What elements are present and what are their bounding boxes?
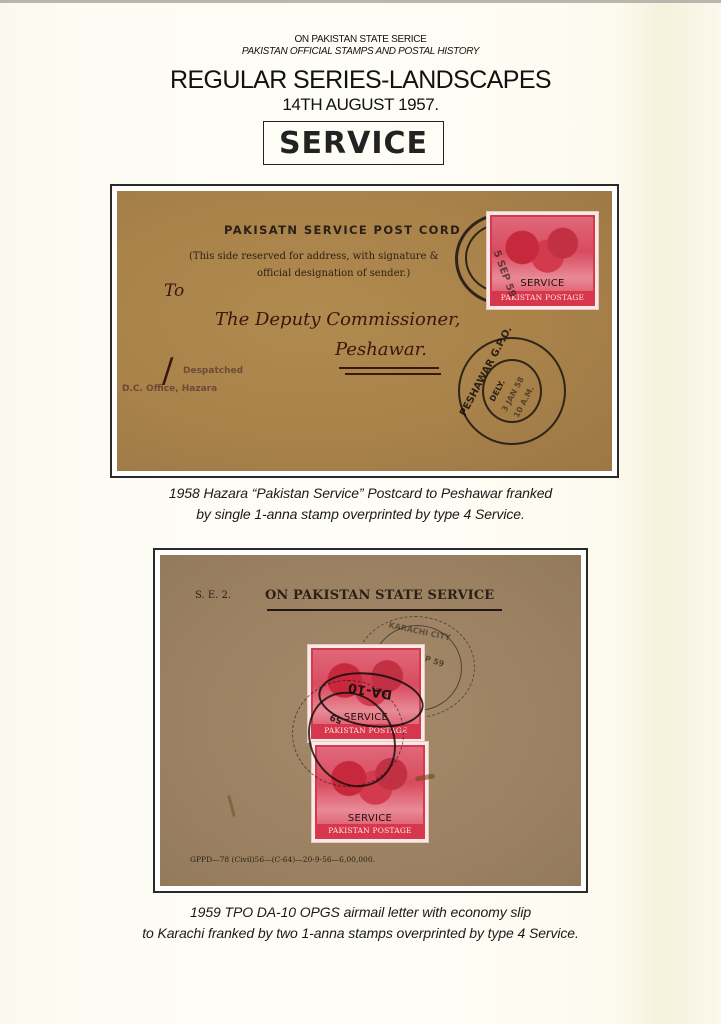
city-underline bbox=[339, 367, 439, 369]
postcard-heading: PAKISATN SERVICE POST CORD bbox=[224, 223, 461, 237]
exhibit-2-caption-line-1: 1959 TPO DA-10 OPGS airmail letter with … bbox=[0, 904, 721, 920]
handwritten-addressee: The Deputy Commissioner, bbox=[215, 309, 460, 330]
form-code: S. E. 2. bbox=[195, 590, 231, 601]
header-line-1: ON PAKISTAN STATE SERICE bbox=[0, 34, 721, 45]
cover-heading: ON PAKISTAN STATE SERVICE bbox=[265, 588, 494, 603]
exhibit-2-caption-line-2: to Karachi franked by two 1-anna stamps … bbox=[0, 925, 721, 941]
stamp-label: PAKISTAN POSTAGE bbox=[317, 824, 423, 837]
stain-2 bbox=[227, 795, 236, 817]
city-underline-2 bbox=[345, 373, 441, 375]
exhibit-2-frame: S. E. 2. ON PAKISTAN STATE SERVICE KARAC… bbox=[153, 548, 588, 893]
sender-stamp-line-1: Despatched bbox=[183, 366, 243, 376]
page-top-edge bbox=[0, 0, 721, 3]
handwritten-to: To bbox=[164, 281, 184, 301]
page-title: REGULAR SERIES-LANDSCAPES bbox=[0, 66, 721, 95]
header-line-2: PAKISTAN OFFICIAL STAMPS AND POSTAL HIST… bbox=[0, 46, 721, 57]
postcard-note-line-1: (This side reserved for address, with si… bbox=[189, 251, 489, 262]
cover-heading-underline bbox=[267, 609, 502, 611]
postcard-image: PAKISATN SERVICE POST CORD (This side re… bbox=[117, 191, 612, 471]
page-date: 14TH AUGUST 1957. bbox=[0, 95, 721, 115]
service-label: SERVICE bbox=[279, 126, 428, 161]
cover-image: S. E. 2. ON PAKISTAN STATE SERVICE KARAC… bbox=[160, 555, 581, 886]
handwritten-city: Peshawar. bbox=[335, 339, 427, 360]
exhibit-1-caption-line-2: by single 1-anna stamp overprinted by ty… bbox=[0, 506, 721, 522]
printer-imprint: GPPD—78 (Civil)56—(C-64)—20-9-56—6,00,00… bbox=[190, 855, 375, 864]
postmark-receiving: PESHAWAR G.P.O. DELY. 3 JAN 58 10 A.M. bbox=[458, 337, 566, 445]
service-label-box: SERVICE bbox=[263, 121, 444, 165]
exhibit-1-frame: PAKISATN SERVICE POST CORD (This side re… bbox=[110, 184, 619, 478]
sender-stamp-line-2: D.C. Office, Hazara bbox=[122, 384, 217, 394]
postcard-note-line-2: official designation of sender.) bbox=[257, 268, 410, 279]
exhibit-1-caption-line-1: 1958 Hazara “Pakistan Service” Postcard … bbox=[0, 485, 721, 501]
stamp-overprint: SERVICE bbox=[317, 813, 423, 824]
